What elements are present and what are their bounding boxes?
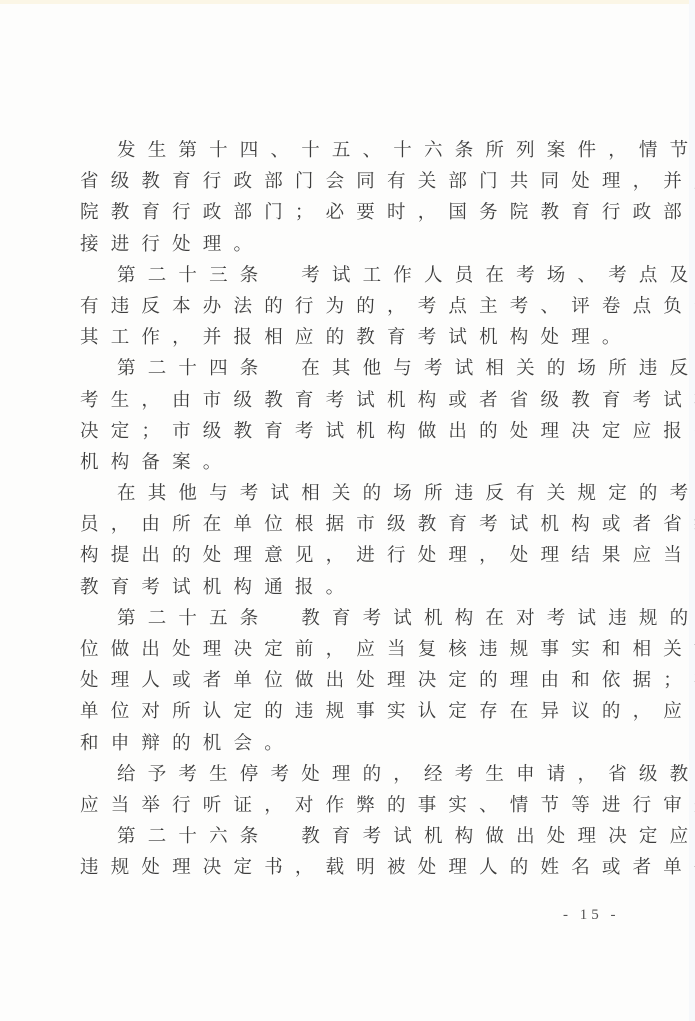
text-line: 违规处理决定书，载明被处理人的姓名或者单位名称、处理 <box>80 852 612 883</box>
text-line: 员，由所在单位根据市级教育考试机构或者省级教育考试机 <box>80 509 612 540</box>
scan-top-edge <box>0 0 695 4</box>
text-line: 有违反本办法的行为的，考点主考、评卷点负责人应当暂停 <box>80 291 612 322</box>
text-line: 其工作，并报相应的教育考试机构处理。 <box>80 322 612 353</box>
text-line: 单位对所认定的违规事实认定存在异议的，应当给予其陈述 <box>80 696 612 727</box>
text-line: 接进行处理。 <box>80 229 612 260</box>
text-line: 机构备案。 <box>80 447 612 478</box>
text-line: 和申辩的机会。 <box>80 728 612 759</box>
text-line: 决定；市级教育考试机构做出的处理决定应报省级教育考试 <box>80 416 612 447</box>
text-line: 构提出的处理意见，进行处理，处理结果应当向提出处理的 <box>80 540 612 571</box>
text-line: 发生第十四、十五、十六条所列案件，情节严重的，由 <box>80 135 612 166</box>
text-line: 位做出处理决定前，应当复核违规事实和相关证据，告知被 <box>80 634 612 665</box>
text-line: 给予考生停考处理的，经考生申请，省级教育考试机构 <box>80 759 612 790</box>
document-body: 发生第十四、十五、十六条所列案件，情节严重的，由 省级教育行政部门会同有关部门共… <box>80 135 612 884</box>
page-number: - 15 - <box>563 907 620 924</box>
article-23-heading-line: 第二十三条 考试工作人员在考场、考点及评卷过程中 <box>80 260 612 291</box>
article-26-heading-line: 第二十六条 教育考试机构做出处理决定应当制作考试 <box>80 821 612 852</box>
text-line: 在其他与考试相关的场所违反有关规定的考试工作人 <box>80 478 612 509</box>
text-line: 教育考试机构通报。 <box>80 572 612 603</box>
text-line: 省级教育行政部门会同有关部门共同处理，并及时报告国务 <box>80 166 612 197</box>
text-line: 院教育行政部门；必要时，国务院教育行政部门参与或者直 <box>80 197 612 228</box>
text-line: 处理人或者单位做出处理决定的理由和依据；被处理人或者 <box>80 665 612 696</box>
text-line: 应当举行听证，对作弊的事实、情节等进行审查、核实。 <box>80 790 612 821</box>
article-25-heading-line: 第二十五条 教育考试机构在对考试违规的个人或者单 <box>80 603 612 634</box>
article-24-heading-line: 第二十四条 在其他与考试相关的场所违反有关规定的 <box>80 353 612 384</box>
text-line: 考生，由市级教育考试机构或者省级教育考试机构做出处理 <box>80 385 612 416</box>
